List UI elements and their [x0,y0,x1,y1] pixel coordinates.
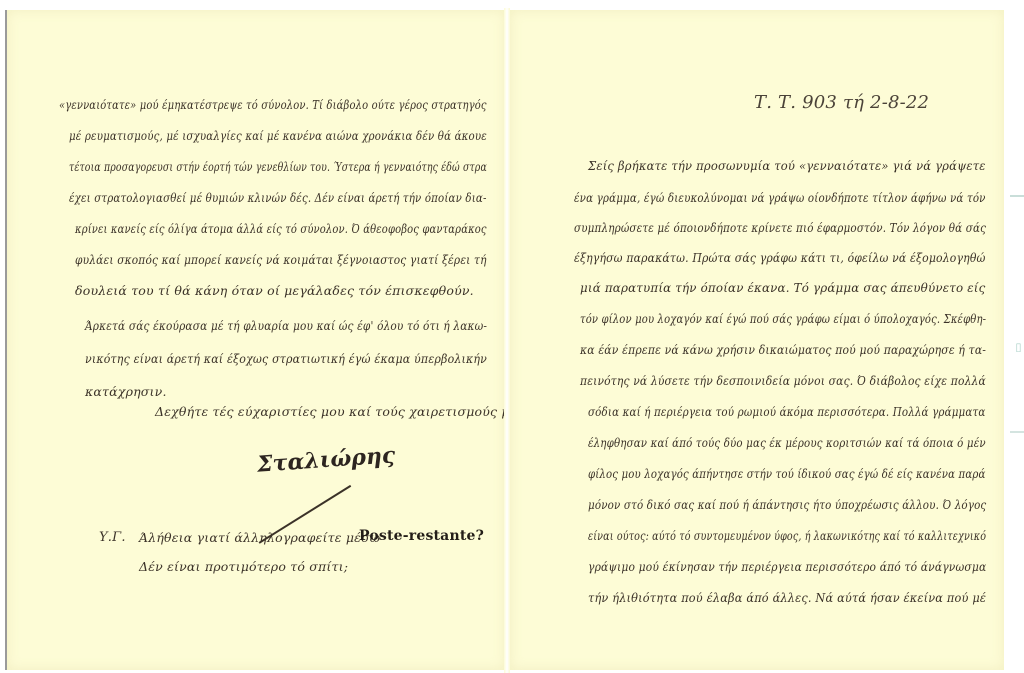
edge-line [1010,195,1024,197]
text-line: είναι ούτος: αύτό τό συντομευμένον ύφος,… [588,528,986,543]
postscript-label: Υ.Γ. [99,530,126,545]
text-line: σόδια καί ή περιέργεια τού ρωμιού άκόμα … [588,404,985,419]
text-line: ένα γράμμα, έγώ διευκολύνομαι νά γράψω ο… [574,190,986,205]
text-line: Άρκετά σάς έκούρασα μέ τή φλυαρία μου κα… [85,318,487,333]
closing-line: Δεχθήτε τές εύχαριστίες μου καί τούς χαι… [155,404,525,419]
right-page-text: Σείς βρήκατε τήν προσωνυμία τού «γενναιό… [510,10,1004,670]
edge-line [1010,431,1024,433]
text-line: μέ ρευματισμούς, μέ ισχυαλγίες καί μέ κα… [69,128,487,143]
text-line: μιά παρατυπία τήν όποίαν έκανα. Τό γράμμ… [580,280,985,295]
text-line: Σείς βρήκατε τήν προσωνυμία τού «γενναιό… [588,158,986,173]
letter-scan: «γενναιότατε» μού έμηκατέστρεψε τό σύνολ… [0,0,1024,673]
text-line: κα έάν έπρεπε νά κάνω χρήσιν δικαιώματος… [580,342,986,357]
postscript-line-2: Δέν είναι προτιμότερο τό σπίτι; [139,559,348,574]
text-line: φίλος μου λοχαγός άπήντησε στήν τού ίδικ… [588,466,985,481]
right-page: Τ. Τ. 903 τή 2-8-22 Σείς βρήκατε τήν προ… [510,10,1004,670]
text-line: τήν ήλιθιότητα πού έλαβα άπό άλλες. Νά α… [588,590,986,605]
text-line: γράψιμο μού έκίνησαν τήν περιέργεια περι… [588,559,986,574]
poste-restante-text: Poste-restante? [359,528,484,544]
text-line: «γενναιότατε» μού έμηκατέστρεψε τό σύνολ… [59,97,487,112]
text-line: κρίνει κανείς είς όλίγα άτομα άλλά είς τ… [75,221,487,236]
edge-mark: ▯ [1012,295,1022,355]
scan-edge-artifact: ▯ [1010,195,1024,435]
postscript-line-1: Άλήθεια γιατί άλληλογραφείτε μέσω [139,530,380,545]
text-line: συμπληρώσετε μέ όποιονδήποτε κρίνετε πιό… [574,220,986,235]
left-page: «γενναιότατε» μού έμηκατέστρεψε τό σύνολ… [5,10,505,670]
text-line: δουλειά του τί θά κάνη όταν οί μεγάλαδες… [75,283,474,298]
text-line: κατάχρησιν. [85,384,167,399]
text-line: έληφθησαν καί άπό τούς δύο μας έκ μέρους… [588,435,986,450]
text-line: έχει στρατολογιασθεί μέ θυμιών κλινών δέ… [69,190,487,205]
text-line: έξηγήσω παρακάτω. Πρώτα σάς γράφω κάτι τ… [574,250,986,265]
text-line: τέτοια προσαγορευσι στήν έορτή τών γενεθ… [69,159,487,174]
text-line: φυλάει σκοπός καί μπορεί κανείς νά κοιμά… [75,252,487,267]
text-line: πεινότης νά λύσετε τήν δεσποινιδεία μόνο… [580,373,986,388]
text-line: τόν φίλον μου λοχαγόν καί έγώ πού σάς γρ… [580,311,986,326]
text-line: μόνον στό δικό σας καί πού ή άπάντησις ή… [588,497,986,512]
text-line: νικότης είναι άρετή καί έξοχως στρατιωτι… [85,351,487,366]
